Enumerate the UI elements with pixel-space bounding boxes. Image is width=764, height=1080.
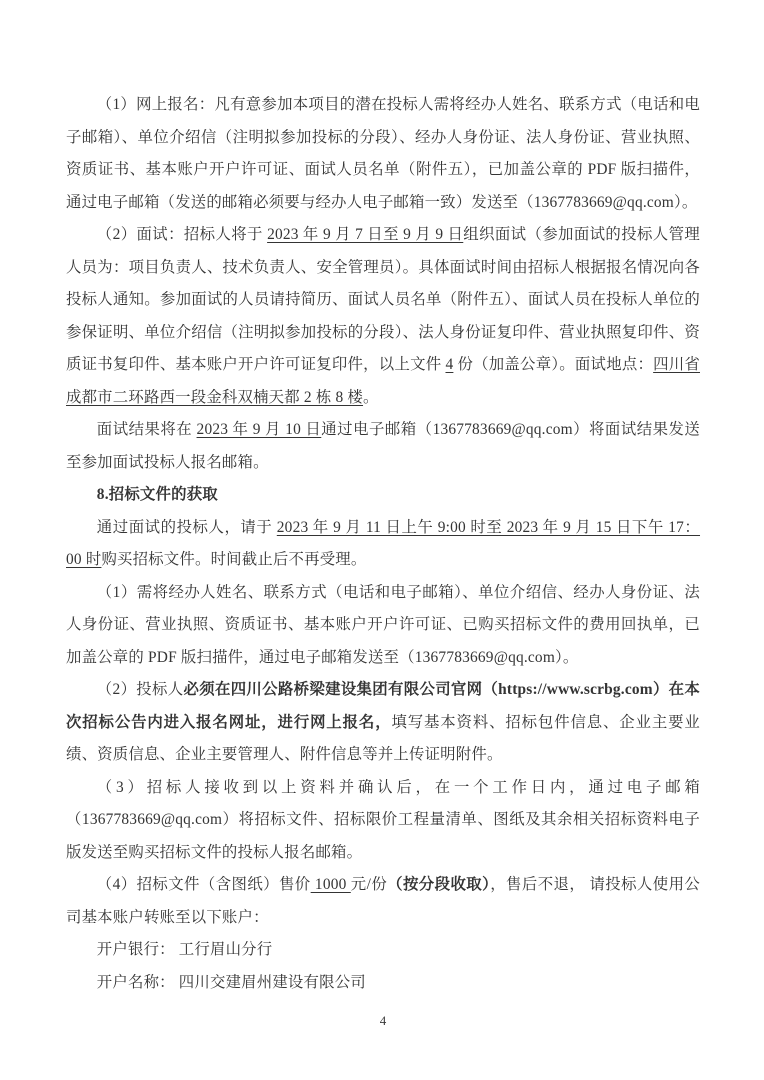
text-run: （1）需将经办人姓名、联系方式（电话和电子邮箱）、单位介绍信、经办人身份证、法人… [66,584,700,666]
para-account-name: 开户名称： 四川交建眉州建设有限公司 [66,967,700,1000]
bold-text: （按分段收取） [387,876,490,893]
text-run: 开户银行： 工行眉山分行 [97,941,273,958]
para-official-website: （2）投标人必须在四川公路桥梁建设集团有限公司官网（https://www.sc… [66,674,700,772]
text-run: （3）招标人接收到以上资料并确认后，在一个工作日内，通过电子邮箱（1367783… [66,779,700,861]
text-run: 开户名称： 四川交建眉州建设有限公司 [97,974,366,991]
text-run: （4）招标文件（含图纸）售价 [97,876,311,893]
para-bank: 开户银行： 工行眉山分行 [66,934,700,967]
para-document-delivery: （3）招标人接收到以上资料并确认后，在一个工作日内，通过电子邮箱（1367783… [66,772,700,870]
para-document-price: （4）招标文件（含图纸）售价 1000 元/份（按分段收取），售后不退， 请投标… [66,869,700,934]
text-run: 组织面试（参加面试的投标人管理人员为：项目负责人、技术负责人、安全管理员）。具体… [66,226,700,373]
para-materials-required: （1）需将经办人姓名、联系方式（电话和电子邮箱）、单位介绍信、经办人身份证、法人… [66,577,700,675]
text-run: 购买招标文件。时间截止后不再受理。 [101,551,366,568]
para-interview-result: 面试结果将在 2023 年 9 月 10 日通过电子邮箱（1367783669@… [66,414,700,479]
document-body: （1）网上报名：凡有意参加本项目的潜在投标人需将经办人姓名、联系方式（电话和电子… [66,89,700,999]
para-online-registration: （1）网上报名：凡有意参加本项目的潜在投标人需将经办人姓名、联系方式（电话和电子… [66,89,700,219]
text-run: 元/份 [351,876,387,893]
text-run: 。 [363,389,379,406]
para-purchase-time: 通过面试的投标人，请于 2023 年 9 月 11 日上午 9:00 时至 20… [66,512,700,577]
document-page: （1）网上报名：凡有意参加本项目的潜在投标人需将经办人姓名、联系方式（电话和电子… [0,0,764,1080]
underlined-text: 2023 年 9 月 10 日 [197,421,322,438]
text-run: （2）投标人 [97,681,184,698]
text-run: 份（加盖公章）。面试地点： [453,356,653,373]
underlined-text: 1000 [311,876,351,893]
underlined-text: 2023 年 9 月 7 日至 9 月 9 日 [267,226,463,243]
text-run: （1）网上报名：凡有意参加本项目的潜在投标人需将经办人姓名、联系方式（电话和电子… [66,96,700,211]
para-interview: （2）面试：招标人将于 2023 年 9 月 7 日至 9 月 9 日组织面试（… [66,219,700,414]
text-run: 8.招标文件的获取 [97,486,218,503]
heading-section-8: 8.招标文件的获取 [66,479,700,512]
page-number: 4 [66,1011,700,1031]
text-run: 通过面试的投标人，请于 [97,519,277,536]
text-run: （2）面试：招标人将于 [97,226,267,243]
text-run: 面试结果将在 [97,421,197,438]
